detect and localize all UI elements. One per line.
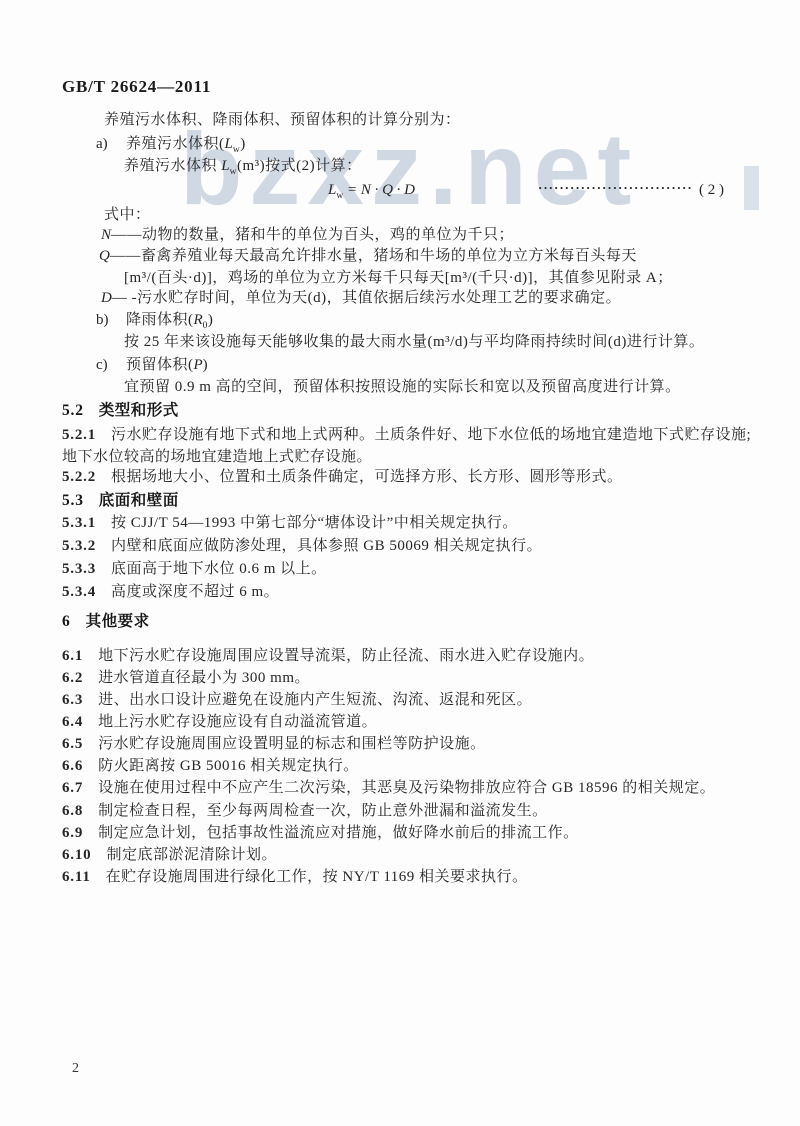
intro-text: 养殖污水体积、降雨体积、预留体积的计算分别为： [104, 112, 461, 129]
definition-d: D— -污水贮存时间，单位为天(d)，其值依据后续污水处理工艺的要求确定。 [101, 290, 621, 307]
calc-sentence: 养殖污水体积 Lw(m³)按式(2)计算： [124, 158, 362, 181]
clause-6-5-number: 6.5 [62, 736, 83, 752]
clause-5-3-number: 5.3 [62, 492, 84, 509]
variable-d: D [101, 290, 112, 306]
clause-6-4-number: 6.4 [62, 714, 83, 730]
clause-5-3-3: 5.3.3底面高于地下水位 0.6 m 以上。 [62, 561, 327, 578]
clause-5-3-3-text: 底面高于地下水位 0.6 m 以上。 [111, 561, 327, 577]
definition-q-continued: [m³/(百头·d)]，鸡场的单位为立方米每千只每天[m³/(千只·d)]，其值… [124, 270, 673, 287]
item-a-title-post: ) [240, 136, 246, 152]
clause-6-7-number: 6.7 [62, 780, 83, 796]
clause-5-2-2-number: 5.2.2 [62, 469, 96, 485]
clause-6-3-text: 进、出水口设计应避免在设施内产生短流、沟流、返混和死区。 [98, 692, 532, 708]
clause-5-3-heading: 5.3底面和壁面 [62, 492, 179, 509]
variable-n: N [101, 227, 111, 243]
item-b-title-pre: 降雨体积( [126, 312, 194, 328]
clause-5-3-title: 底面和壁面 [99, 492, 179, 509]
clause-5-3-1-text: 按 CJJ/T 54—1993 中第七部分“塘体设计”中相关规定执行。 [111, 515, 518, 531]
clause-6-3: 6.3进、出水口设计应避免在设施内产生短流、沟流、返混和死区。 [62, 692, 532, 709]
clause-6-11-text: 在贮存设施周围进行绿化工作，按 NY/T 1169 相关要求执行。 [106, 869, 528, 885]
definition-n: N——动物的数量，猪和牛的单位为百头，鸡的单位为千只； [101, 227, 514, 244]
where-label: 式中： [104, 207, 151, 224]
clause-5-3-3-number: 5.3.3 [62, 561, 96, 577]
list-item-a: a)养殖污水体积(Lw) [96, 136, 246, 159]
clause-6-number: 6 [62, 613, 71, 630]
clause-6-6: 6.6防火距离按 GB 50016 相关规定执行。 [62, 758, 359, 775]
item-b-body: 按 25 年来该设施每天能够收集的最大雨水量(m³/d)与平均降雨持续时间(d)… [124, 334, 704, 351]
clause-6-9-number: 6.9 [62, 825, 83, 841]
calc-pre: 养殖污水体积 [124, 158, 221, 174]
item-c-title-post: ) [203, 357, 209, 373]
variable-lw: L [225, 136, 233, 152]
list-item-c: c)预留体积(P) [96, 357, 208, 374]
variable-p: P [194, 357, 203, 373]
list-item-b: b)降雨体积(R0) [96, 312, 213, 335]
clause-6-6-text: 防火距离按 GB 50016 相关规定执行。 [98, 758, 359, 774]
clause-6-10: 6.10制定底部淤泥清除计划。 [62, 847, 277, 864]
item-b-title-post: ) [208, 312, 214, 328]
formula-expression: Lw = N · Q · D [328, 182, 415, 201]
document-page: bzxz.net GB/T 26624—2011 养殖污水体积、降雨体积、预留体… [0, 0, 800, 1126]
variable-r0: R [194, 312, 203, 328]
clause-6-11-number: 6.11 [62, 869, 91, 885]
item-a-label: a) [96, 136, 126, 153]
item-a-title-pre: 养殖污水体积( [126, 136, 225, 152]
calc-post: (m³)按式(2)计算： [237, 158, 362, 174]
clause-6-7-text: 设施在使用过程中不应产生二次污染，其恶臭及污染物排放应符合 GB 18596 的… [98, 780, 715, 796]
watermark-fragment [744, 166, 759, 210]
clause-5-3-2-text: 内壁和底面应做防渗处理，具体参照 GB 50069 相关规定执行。 [111, 538, 542, 554]
definition-q: Q——畜禽养殖业每天最高允许排水量，猪场和牛场的单位为立方米每百头每天 [99, 248, 637, 265]
clause-6-8-text: 制定检查日程，至少每两周检查一次，防止意外泄漏和溢流发生。 [98, 803, 548, 819]
standard-number: GB/T 26624—2011 [62, 78, 211, 95]
clause-5-3-2-number: 5.3.2 [62, 538, 96, 554]
clause-5-2-2-text: 根据场地大小、位置和土质条件确定，可选择方形、长方形、圆形等形式。 [111, 469, 623, 485]
clause-6-11: 6.11在贮存设施周围进行绿化工作，按 NY/T 1169 相关要求执行。 [62, 869, 528, 886]
clause-5-2-number: 5.2 [62, 402, 84, 419]
clause-6-5: 6.5污水贮存设施周围应设置明显的标志和围栏等防护设施。 [62, 736, 486, 753]
clause-5-2-title: 类型和形式 [99, 402, 179, 419]
clause-6-2-text: 进水管道直径最小为 300 mm。 [98, 670, 310, 686]
definition-d-text: — -污水贮存时间，单位为天(d)，其值依据后续污水处理工艺的要求确定。 [112, 290, 621, 306]
item-c-label: c) [96, 357, 126, 374]
clause-6-9: 6.9制定应急计划，包括事故性溢流应对措施，做好降水前后的排流工作。 [62, 825, 579, 842]
variable-q: Q [99, 248, 110, 264]
clause-5-3-1: 5.3.1按 CJJ/T 54—1993 中第七部分“塘体设计”中相关规定执行。 [62, 515, 518, 532]
clause-5-3-2: 5.3.2内壁和底面应做防渗处理，具体参照 GB 50069 相关规定执行。 [62, 538, 542, 555]
variable-lw: L [221, 158, 229, 174]
clause-6-6-number: 6.6 [62, 758, 83, 774]
clause-6-2-number: 6.2 [62, 670, 83, 686]
clause-6-title: 其他要求 [86, 613, 150, 630]
clause-6-10-text: 制定底部淤泥清除计划。 [106, 847, 277, 863]
clause-5-3-4-number: 5.3.4 [62, 584, 96, 600]
clause-6-8-number: 6.8 [62, 803, 83, 819]
clause-5-2-heading: 5.2类型和形式 [62, 402, 179, 419]
clause-6-1-number: 6.1 [62, 648, 83, 664]
clause-6-4: 6.4地上污水贮存设施应设有自动溢流管道。 [62, 714, 377, 731]
clause-6-3-number: 6.3 [62, 692, 83, 708]
formula-number: ( 2 ) [699, 182, 724, 199]
page-number: 2 [72, 1060, 80, 1077]
clause-6-7: 6.7设施在使用过程中不应产生二次污染，其恶臭及污染物排放应符合 GB 1859… [62, 780, 715, 797]
clause-6-9-text: 制定应急计划，包括事故性溢流应对措施，做好降水前后的排流工作。 [98, 825, 579, 841]
clause-6-1-text: 地下污水贮存设施周围应设置导流渠，防止径流、雨水进入贮存设施内。 [98, 648, 594, 664]
clause-5-2-1-number: 5.2.1 [62, 427, 96, 443]
formula-leader-dots: ········································… [538, 180, 693, 196]
clause-6-2: 6.2进水管道直径最小为 300 mm。 [62, 670, 310, 687]
clause-5-3-1-number: 5.3.1 [62, 515, 96, 531]
item-c-title-pre: 预留体积( [126, 357, 194, 373]
item-c-body: 宜预留 0.9 m 高的空间，预留体积按照设施的实际长和宽以及预留高度进行计算。 [124, 379, 681, 396]
clause-6-1: 6.1地下污水贮存设施周围应设置导流渠，防止径流、雨水进入贮存设施内。 [62, 648, 594, 665]
clause-6-8: 6.8制定检查日程，至少每两周检查一次，防止意外泄漏和溢流发生。 [62, 803, 548, 820]
clause-5-2-1: 5.2.1污水贮存设施有地下式和地上式两种。土质条件好、地下水位低的场地宜建造地… [62, 424, 754, 469]
clause-5-3-4-text: 高度或深度不超过 6 m。 [111, 584, 279, 600]
item-b-label: b) [96, 312, 126, 329]
variable-lw-sub: w [230, 167, 237, 177]
clause-6-4-text: 地上污水贮存设施应设有自动溢流管道。 [98, 714, 377, 730]
clause-5-2-2: 5.2.2根据场地大小、位置和土质条件确定，可选择方形、长方形、圆形等形式。 [62, 469, 623, 486]
definition-q-text: ——畜禽养殖业每天最高允许排水量，猪场和牛场的单位为立方米每百头每天 [110, 248, 637, 264]
clause-5-2-1-text: 污水贮存设施有地下式和地上式两种。土质条件好、地下水位低的场地宜建造地下式贮存设… [62, 427, 751, 465]
clause-6-heading: 6其他要求 [62, 613, 150, 630]
definition-n-text: ——动物的数量，猪和牛的单位为百头，鸡的单位为千只； [111, 227, 514, 243]
clause-5-3-4: 5.3.4高度或深度不超过 6 m。 [62, 584, 279, 601]
clause-6-10-number: 6.10 [62, 847, 91, 863]
clause-6-5-text: 污水贮存设施周围应设置明显的标志和围栏等防护设施。 [98, 736, 486, 752]
formula-rhs: = N · Q · D [343, 182, 415, 198]
